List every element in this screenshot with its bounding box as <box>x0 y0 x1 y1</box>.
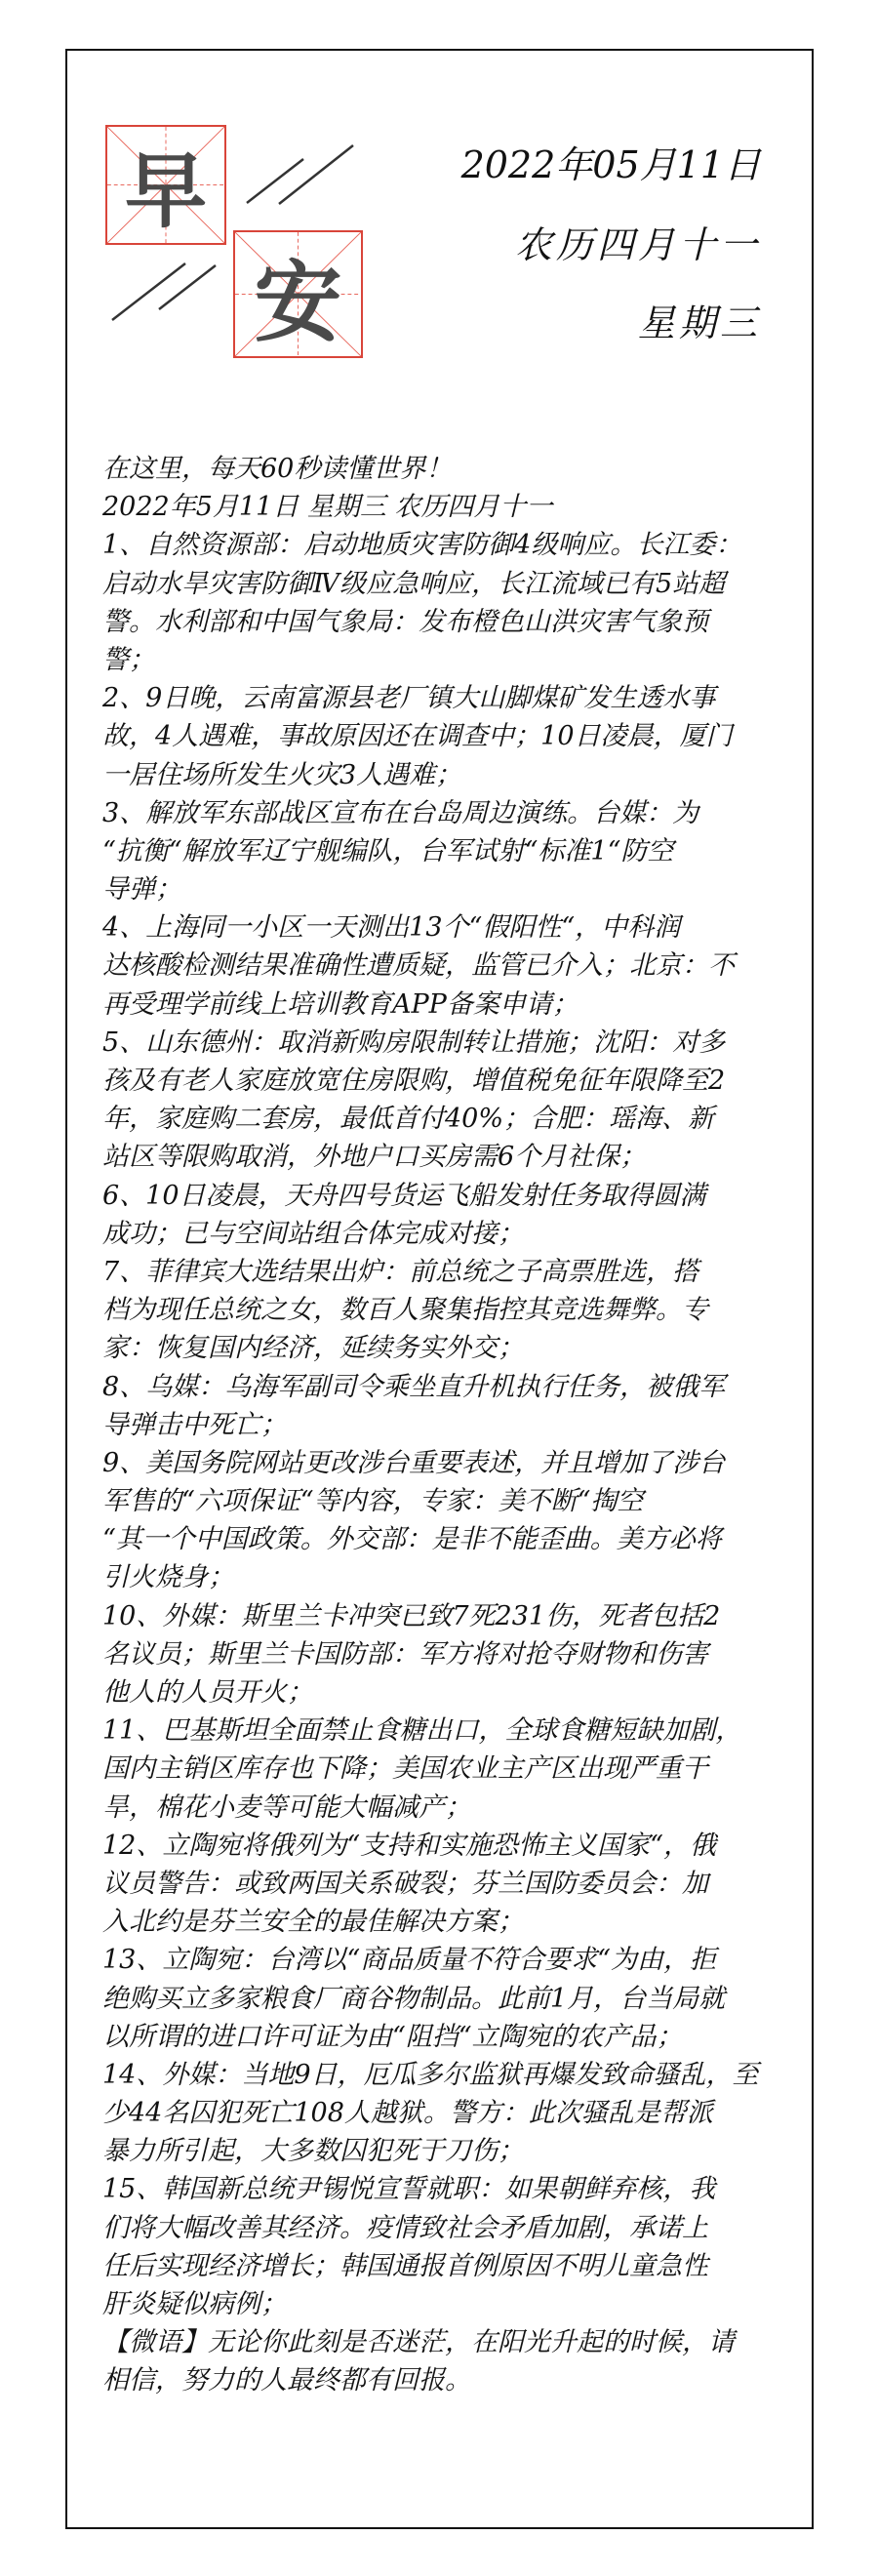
news-line: 档为现任总统之女，数百人聚集指控其竞选舞弊。专 <box>102 1291 785 1329</box>
news-line: 肝炎疑似病例； <box>102 2285 785 2323</box>
news-line: 10、外媒：斯里兰卡冲突已致7死231伤，死者包括2 <box>102 1597 785 1635</box>
greeting-char-zao: 早 <box>107 127 224 243</box>
news-line: 7、菲律宾大选结果出炉：前总统之子高票胜选，搭 <box>102 1253 785 1291</box>
news-line: 达核酸检测结果准确性遭质疑，监管已介入；北京：不 <box>102 946 785 985</box>
news-line: 导弹； <box>102 870 785 908</box>
news-line: 6、10日凌晨，天舟四号货运飞船发射任务取得圆满 <box>102 1177 785 1215</box>
news-line: 再受理学前线上培训教育APP备案申请； <box>102 986 785 1024</box>
news-line: 暴力所引起，大多数囚犯死于刀伤； <box>102 2132 785 2170</box>
news-line: 一居住场所发生火灾3人遇难； <box>102 756 785 794</box>
greeting-char-box-an: 安 <box>233 230 363 358</box>
news-body: 在这里，每天60秒读懂世界！2022年5月11日 星期三 农历四月十一1、自然资… <box>102 450 785 2400</box>
greeting-char-an: 安 <box>235 232 361 356</box>
date-gregorian: 2022年05月11日 <box>461 135 761 188</box>
news-line: 导弹击中死亡； <box>102 1406 785 1444</box>
date-lunar: 农历四月十一 <box>515 215 761 268</box>
news-line: 站区等限购取消，外地户口买房需6个月社保； <box>102 1138 785 1176</box>
news-line: 3、解放军东部战区宣布在台岛周边演练。台媒：为 <box>102 794 785 832</box>
news-line: 名议员；斯里兰卡国防部：军方将对抢夺财物和伤害 <box>102 1635 785 1673</box>
news-line: 入北约是芬兰安全的最佳解决方案； <box>102 1903 785 1941</box>
news-line: 任后实现经济增长；韩国通报首例原因不明儿童急性 <box>102 2247 785 2285</box>
news-line: 家：恢复国内经济，延续务实外交； <box>102 1329 785 1367</box>
news-line: 少44名囚犯死亡108人越狱。警方：此次骚乱是帮派 <box>102 2094 785 2132</box>
news-line: 引火烧身； <box>102 1558 785 1596</box>
news-line: 13、立陶宛：台湾以“商品质量不符合要求“为由，拒 <box>102 1941 785 1979</box>
news-line: 在这里，每天60秒读懂世界！ <box>102 450 785 488</box>
news-line: 15、韩国新总统尹锡悦宣誓就职：如果朝鲜弃核，我 <box>102 2170 785 2208</box>
news-line: 孩及有老人家庭放宽住房限购，增值税免征年限降至2 <box>102 1062 785 1100</box>
news-line: 相信，努力的人最终都有回报。 <box>102 2361 785 2399</box>
news-line: 警。水利部和中国气象局：发布橙色山洪灾害气象预 <box>102 603 785 641</box>
news-line: 他人的人员开火； <box>102 1673 785 1711</box>
news-line: 故，4人遇难，事故原因还在调查中；10日凌晨，厦门 <box>102 717 785 755</box>
news-line: “抗衡“解放军辽宁舰编队，台军试射“标准1“防空 <box>102 832 785 870</box>
news-line: 8、乌媒：乌海军副司令乘坐直升机执行任务，被俄军 <box>102 1368 785 1406</box>
news-line: 绝购买立多家粮食厂商谷物制品。此前1月，台当局就 <box>102 1980 785 2018</box>
news-line: 以所谓的进口许可证为由“阻挡“立陶宛的农产品； <box>102 2018 785 2056</box>
greeting-char-box-zao: 早 <box>105 125 226 245</box>
news-line: 警； <box>102 641 785 679</box>
news-line: 4、上海同一小区一天测出13个“假阳性“，中科润 <box>102 908 785 946</box>
news-line: 14、外媒：当地9日，厄瓜多尔监狱再爆发致命骚乱，至 <box>102 2056 785 2094</box>
news-line: “其一个中国政策。外交部：是非不能歪曲。美方必将 <box>102 1520 785 1558</box>
news-line: 【微语】无论你此刻是否迷茫，在阳光升起的时候，请 <box>102 2323 785 2361</box>
news-line: 议员警告：或致两国关系破裂；芬兰国防委员会：加 <box>102 1865 785 1903</box>
news-line: 年，家庭购二套房，最低首付40%；合肥：瑶海、新 <box>102 1100 785 1138</box>
news-line: 国内主销区库存也下降；美国农业主产区出现严重干 <box>102 1750 785 1788</box>
news-line: 9、美国务院网站更改涉台重要表述，并且增加了涉台 <box>102 1444 785 1482</box>
news-line: 11、巴基斯坦全面禁止食糖出口，全球食糖短缺加剧， <box>102 1711 785 1750</box>
news-line: 5、山东德州：取消新购房限制转让措施；沈阳：对多 <box>102 1024 785 1062</box>
news-line: 启动水旱灾害防御Ⅳ级应急响应，长江流域已有5站超 <box>102 565 785 603</box>
news-line: 旱，棉花小麦等可能大幅减产； <box>102 1789 785 1827</box>
news-line: 12、立陶宛将俄列为“支持和实施恐怖主义国家“，俄 <box>102 1827 785 1865</box>
news-line: 2、9日晚，云南富源县老厂镇大山脚煤矿发生透水事 <box>102 679 785 717</box>
weekday: 星期三 <box>638 293 761 346</box>
news-line: 成功；已与空间站组合体完成对接； <box>102 1215 785 1253</box>
news-line: 军售的“六项保证“等内容，专家：美不断“掏空 <box>102 1482 785 1520</box>
news-line: 1、自然资源部：启动地质灾害防御4级响应。长江委： <box>102 526 785 564</box>
news-line: 们将大幅改善其经济。疫情致社会矛盾加剧，承诺上 <box>102 2209 785 2247</box>
news-line: 2022年5月11日 星期三 农历四月十一 <box>102 488 785 526</box>
